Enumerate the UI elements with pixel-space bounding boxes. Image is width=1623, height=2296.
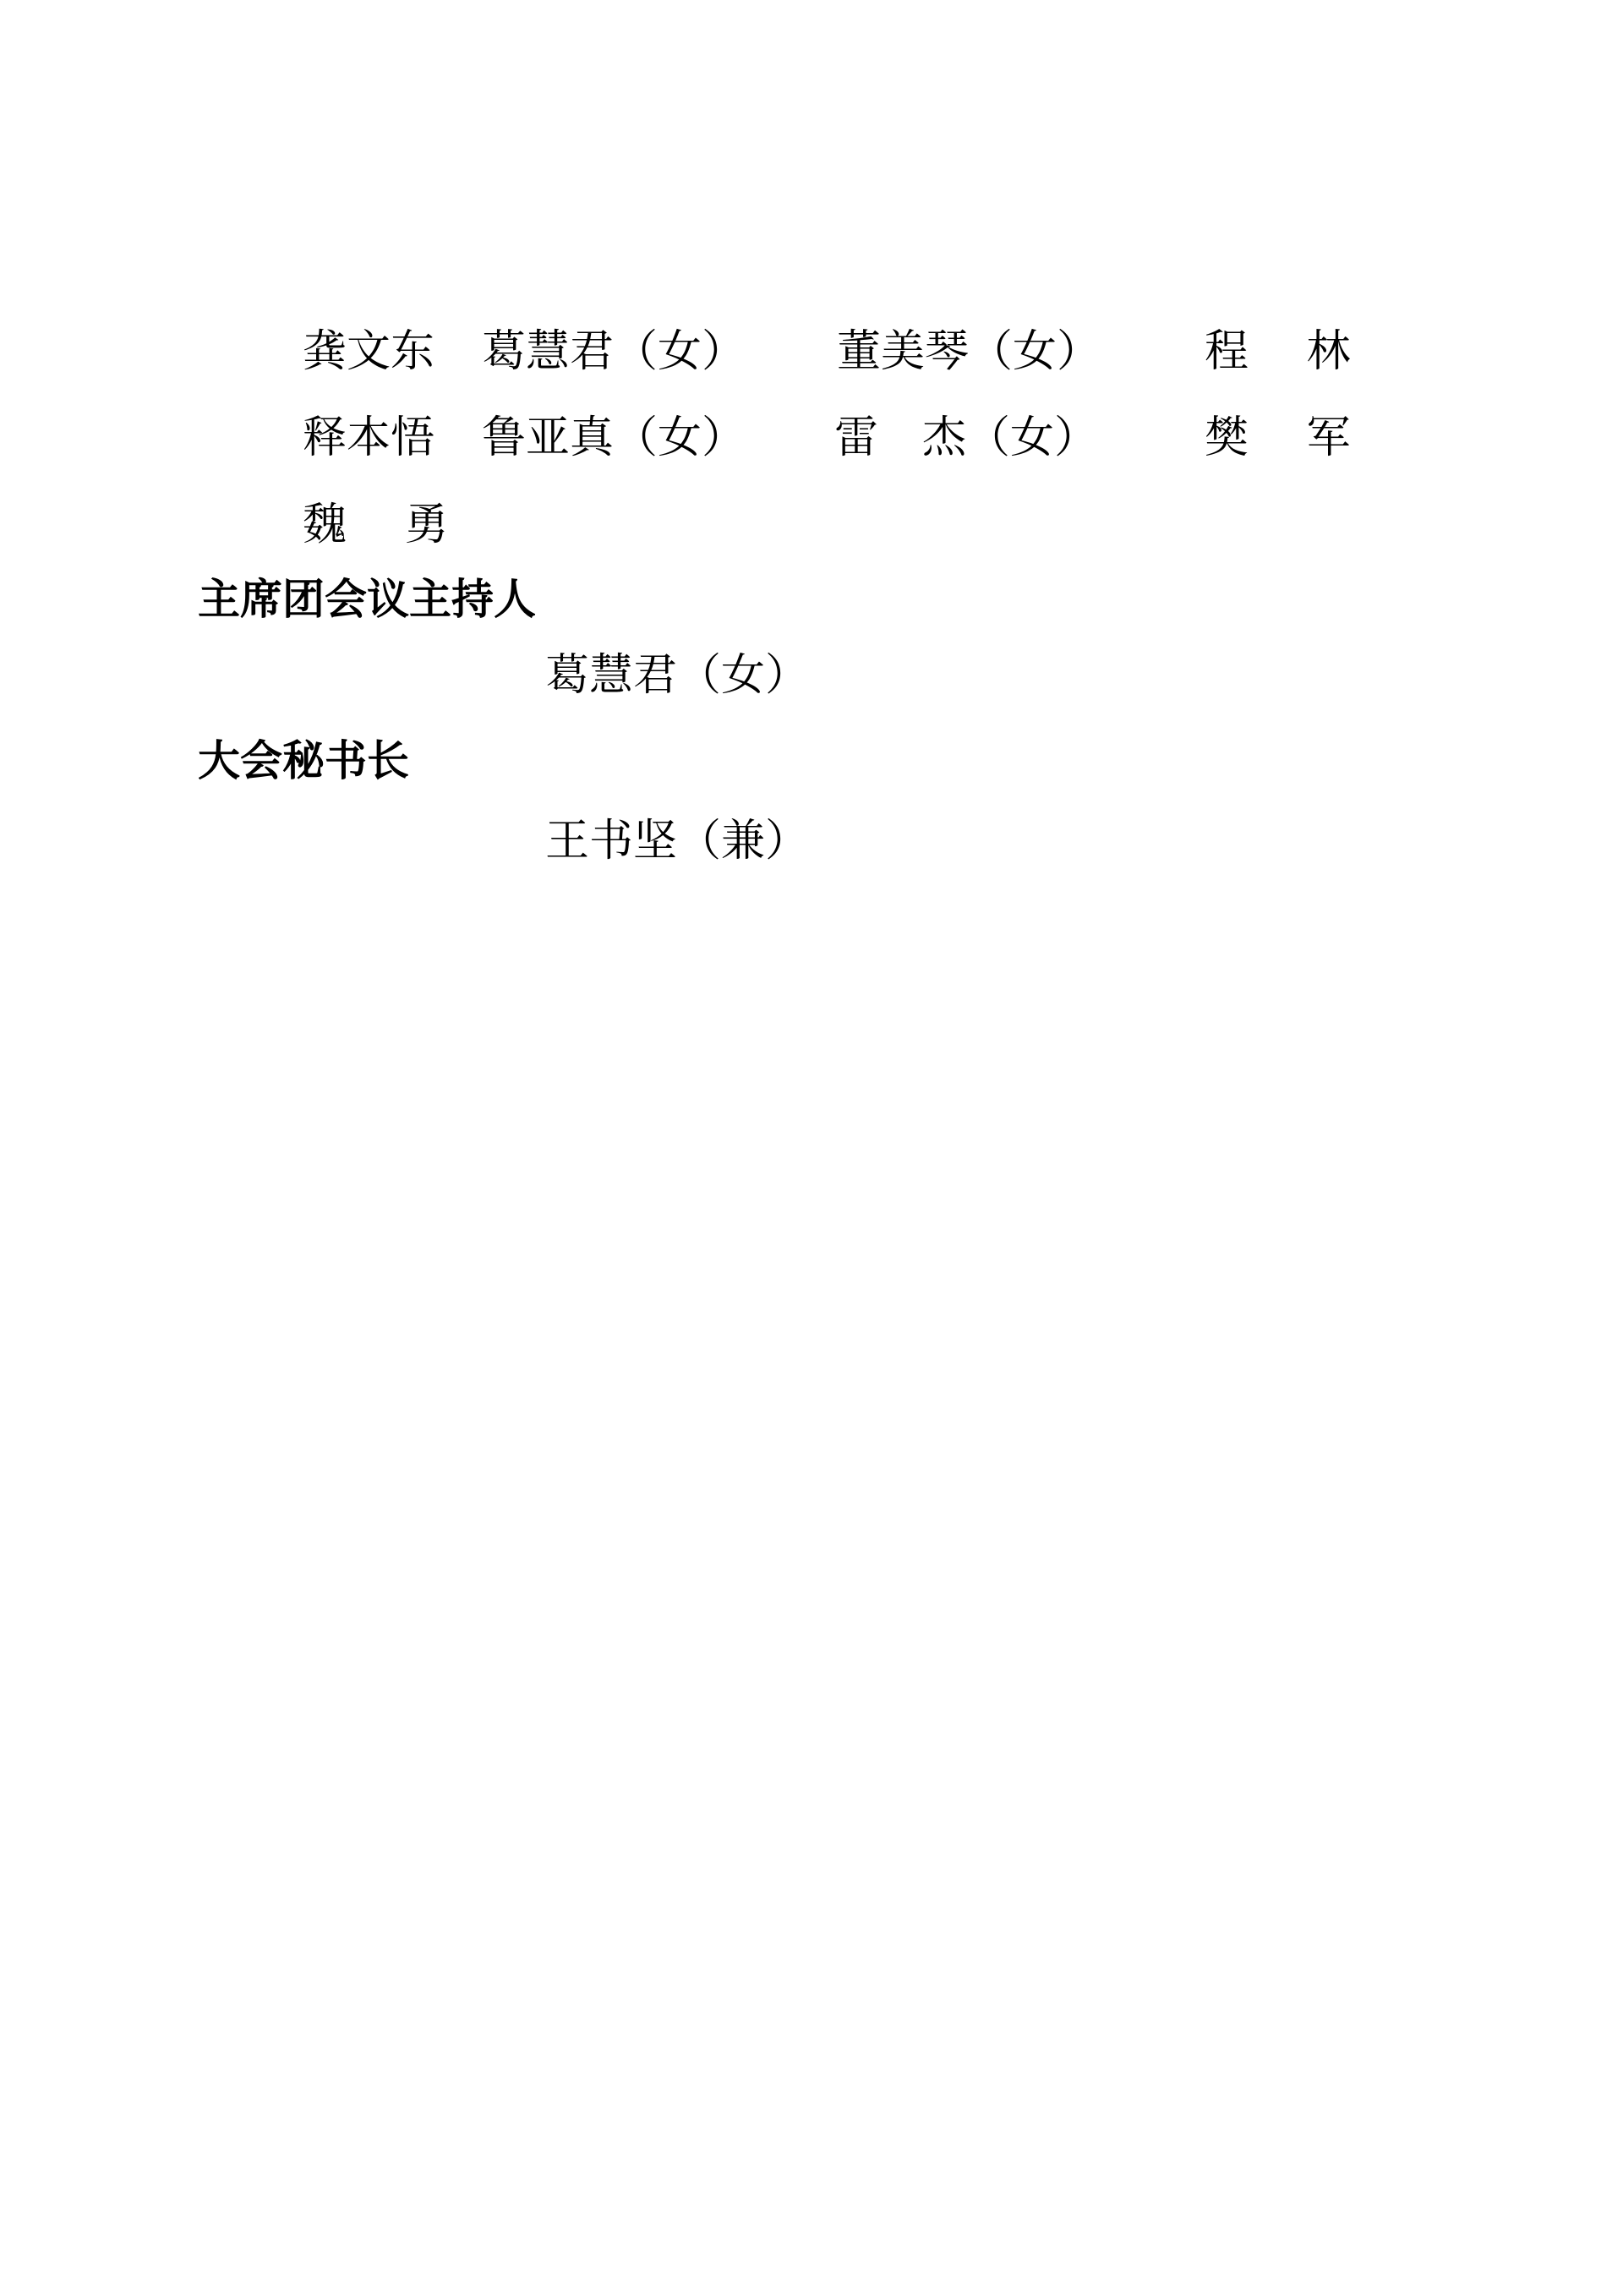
- section-heading-chair: 主席团会议主持人: [198, 577, 536, 621]
- delegate-name: 程 林: [1205, 331, 1358, 374]
- delegate-name: 魏 勇: [303, 504, 456, 548]
- delegate-name: 董美琴（女）: [837, 331, 1101, 374]
- delegate-name: 樊 军: [1205, 417, 1358, 461]
- chair-name: 葛慧君（女）: [545, 654, 809, 698]
- document-page: 龚文东 葛慧君（女） 董美琴（女） 程 林 释本悟 鲁亚真（女） 雷 杰（女） …: [0, 0, 1623, 2296]
- delegate-name: 释本悟: [303, 417, 434, 461]
- delegate-name: 鲁亚真（女）: [482, 417, 746, 461]
- secretary-name: 王书坚（兼）: [545, 820, 809, 864]
- delegate-name: 雷 杰（女）: [834, 417, 1098, 461]
- delegate-name: 葛慧君（女）: [482, 331, 746, 374]
- delegate-name: 龚文东: [303, 331, 434, 374]
- section-heading-secretary: 大会秘书长: [198, 739, 409, 783]
